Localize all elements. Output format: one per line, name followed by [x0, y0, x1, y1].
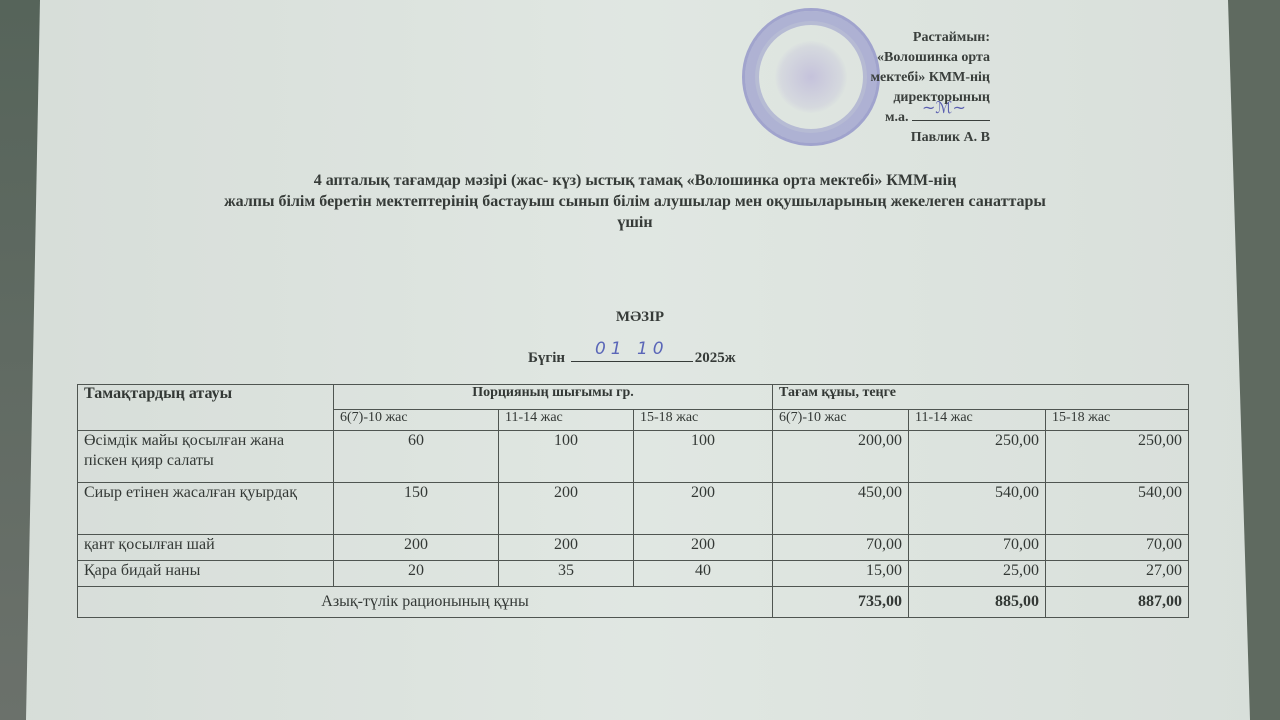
cost-cell: 250,00 [909, 431, 1046, 483]
portion-cell: 200 [334, 535, 499, 561]
portion-cell: 200 [499, 535, 634, 561]
title-line-2: жалпы білім беретін мектептерінің бастау… [80, 191, 1190, 212]
cost-cell: 450,00 [773, 483, 909, 535]
portion-cell: 200 [499, 483, 634, 535]
table-row: Сиыр етінен жасалған қуырдақ 150 200 200… [78, 483, 1189, 535]
approval-block: Растаймын: «Волошинка орта мектебі» КММ-… [830, 28, 990, 148]
portion-cell: 200 [634, 483, 773, 535]
table-row: қант қосылған шай 200 200 200 70,00 70,0… [78, 535, 1189, 561]
dish-name: Сиыр етінен жасалған қуырдақ [78, 483, 334, 535]
cost-cell: 70,00 [1046, 535, 1189, 561]
approval-director-name: Павлик А. В [830, 128, 990, 148]
signature-icon: ~ℳ~ [922, 98, 966, 118]
menu-table: Тамақтардың атауы Порцияның шығымы гр. Т… [77, 384, 1189, 618]
date-line: Бүгін 01 10 2025ж [528, 345, 768, 367]
portion-cell: 200 [634, 535, 773, 561]
table-row: Өсімдік майы қосылған жана піскен қияр с… [78, 431, 1189, 483]
portion-cell: 100 [499, 431, 634, 483]
table-row: Қара бидай наны 20 35 40 15,00 25,00 27,… [78, 561, 1189, 587]
header-portion-age-3: 15-18 жас [634, 410, 773, 431]
portion-cell: 35 [499, 561, 634, 587]
approval-heading: Растаймын: [830, 28, 990, 48]
header-portion-group: Порцияның шығымы гр. [334, 385, 773, 410]
portion-cell: 150 [334, 483, 499, 535]
header-cost-age-3: 15-18 жас [1046, 410, 1189, 431]
portion-cell: 20 [334, 561, 499, 587]
total-row: Азық-түлік рационының құны 735,00 885,00… [78, 587, 1189, 618]
dish-name: Қара бидай наны [78, 561, 334, 587]
header-portion-age-2: 11-14 жас [499, 410, 634, 431]
total-cost-cell: 887,00 [1046, 587, 1189, 618]
date-label: Бүгін [528, 350, 565, 366]
date-year: 2025ж [695, 350, 736, 366]
portion-cell: 40 [634, 561, 773, 587]
header-dish-name: Тамақтардың атауы [78, 385, 334, 431]
approval-line-2: мектебі» КММ-нің [830, 68, 990, 88]
cost-cell: 70,00 [773, 535, 909, 561]
total-cost-cell: 885,00 [909, 587, 1046, 618]
header-portion-age-1: 6(7)-10 жас [334, 410, 499, 431]
approval-line-1: «Волошинка орта [830, 48, 990, 68]
approval-line-3: директорының [830, 88, 990, 108]
title-line-3: үшін [80, 212, 1190, 233]
date-handwritten: 01 10 [571, 339, 693, 359]
header-cost-group: Тағам құны, теңге [773, 385, 1189, 410]
approval-line-4: м.а. ~ℳ~ [830, 108, 990, 128]
dish-name: Өсімдік майы қосылған жана піскен қияр с… [78, 431, 334, 483]
cost-cell: 15,00 [773, 561, 909, 587]
date-blank: 01 10 [571, 345, 693, 362]
header-cost-age-1: 6(7)-10 жас [773, 410, 909, 431]
dish-name: қант қосылған шай [78, 535, 334, 561]
title-line-1: 4 апталық тағамдар мәзірі (жас- күз) ыст… [80, 170, 1190, 191]
cost-cell: 200,00 [773, 431, 909, 483]
cost-cell: 25,00 [909, 561, 1046, 587]
header-cost-age-2: 11-14 жас [909, 410, 1046, 431]
cost-cell: 540,00 [909, 483, 1046, 535]
menu-heading: МӘЗІР [560, 309, 720, 326]
total-cost-cell: 735,00 [773, 587, 909, 618]
cost-cell: 70,00 [909, 535, 1046, 561]
portion-cell: 60 [334, 431, 499, 483]
document-title: 4 апталық тағамдар мәзірі (жас- күз) ыст… [80, 170, 1190, 233]
cost-cell: 27,00 [1046, 561, 1189, 587]
approval-acting-prefix: м.а. [885, 110, 909, 125]
signature-line: ~ℳ~ [912, 108, 990, 121]
portion-cell: 100 [634, 431, 773, 483]
cost-cell: 540,00 [1046, 483, 1189, 535]
total-label: Азық-түлік рационының құны [78, 587, 773, 618]
cost-cell: 250,00 [1046, 431, 1189, 483]
